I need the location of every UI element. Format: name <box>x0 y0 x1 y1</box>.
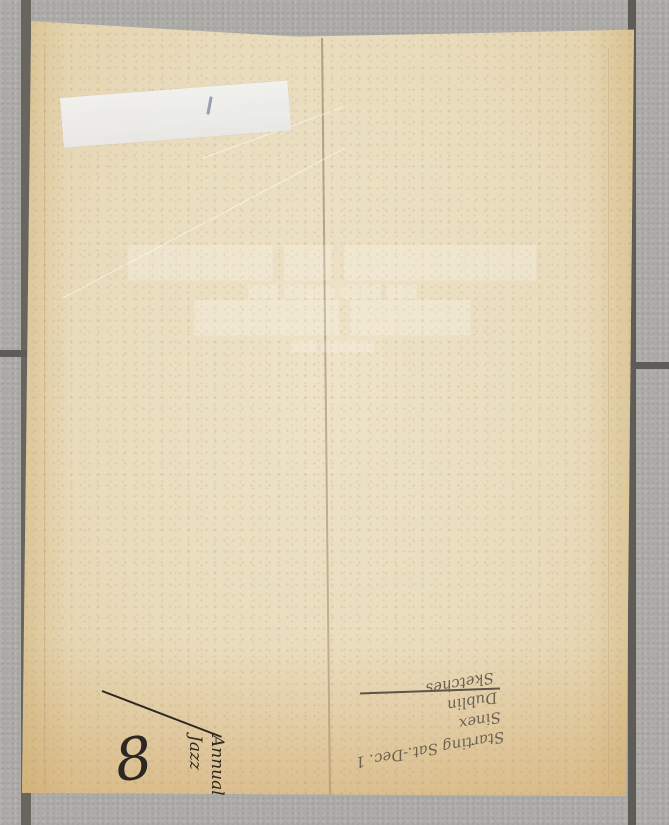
bleed-line: ███ ████ █████ ███ <box>112 285 552 299</box>
handwritten-line: Jazz <box>184 735 206 796</box>
bleed-through-text: ████████ ██ ██████ ███ ████ █████ ███ ██… <box>112 246 552 353</box>
bleed-line: ██████ ███ <box>112 342 552 353</box>
margin-line-right <box>608 48 609 788</box>
margin-line-left <box>44 48 45 788</box>
bleed-line: ████████ ██ ██████ <box>112 246 552 281</box>
bleed-line: █████ ██████ <box>112 301 552 336</box>
tape-pen-mark <box>206 96 212 114</box>
handwritten-line: Annual <box>206 735 228 796</box>
document-paper: ████████ ██ ██████ ███ ████ █████ ███ ██… <box>22 18 634 796</box>
tile-grout-line <box>632 362 669 369</box>
tile-grout-line <box>0 350 30 357</box>
handwritten-note-left: Annual Jazz <box>184 735 228 796</box>
